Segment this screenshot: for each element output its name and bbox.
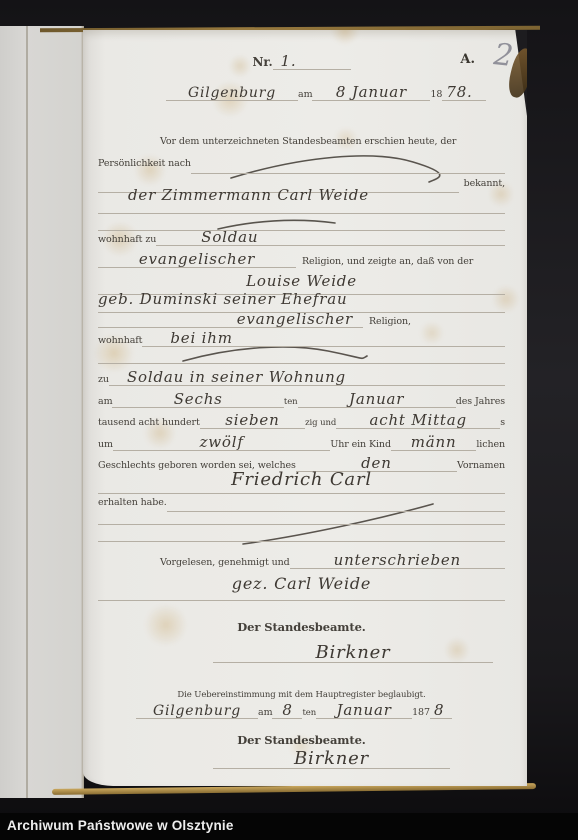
decade-cell: sieben <box>200 413 305 429</box>
registrar-signature2-cell: Birkner <box>213 750 450 769</box>
sex-value: männ <box>411 435 457 450</box>
birthyear-row: tausend acht hundert sieben zig und acht… <box>98 413 505 434</box>
archive-name: Archiwum Państwowe w Olsztynie <box>7 813 234 839</box>
des-jahres-label: des Jahres <box>456 396 505 407</box>
birth-day-cell: Sechs <box>112 392 283 408</box>
declarant-name: der Zimmermann Carl Weide <box>128 188 369 203</box>
registrar-signature2-row: Birkner <box>98 750 505 776</box>
uhr-label: Uhr ein Kind <box>330 439 391 450</box>
stain-spot <box>330 30 360 44</box>
religion2-label: Religion, <box>369 316 411 327</box>
residence-row: wohnhaft zu Soldau <box>98 230 505 249</box>
header-dateline: Gilgenburg am 8 Januar 18 78. <box>98 85 505 101</box>
religion1-label: Religion, und zeigte an, daß von der <box>302 256 473 267</box>
birth-month-cell: Januar <box>298 392 456 408</box>
zig-und-label: zig und <box>305 418 336 428</box>
certification-year-printed: 187 <box>412 707 430 718</box>
birthplace-value: Soldau in seiner Wohnung <box>127 370 346 385</box>
vorgelesen-row: Vorgelesen, genehmigt und unterschrieben <box>98 553 505 575</box>
archival-scan: A. 2 Nr. 1. Gilgenburg am 8 Januar 18 78… <box>0 0 578 840</box>
header-place: Gilgenburg <box>166 86 298 101</box>
am2-label: am <box>98 396 112 407</box>
registrar-signature-row: Birkner <box>98 644 505 674</box>
religion2-cell: evangelischer <box>98 312 363 328</box>
certification-year-written: 8 <box>430 703 452 719</box>
registrar-title2: Der Standesbeamte. <box>237 733 365 747</box>
register-page: A. 2 Nr. 1. Gilgenburg am 8 Januar 18 78… <box>83 30 527 786</box>
header-am: am <box>298 89 312 100</box>
declarant-signature: gez. Carl Weide <box>232 576 371 592</box>
residence2-value: bei ihm <box>170 331 232 346</box>
child-names: Friedrich Carl <box>231 471 372 489</box>
nr-value: 1. <box>273 54 351 70</box>
unterschrieben-cell: unterschrieben <box>290 553 505 569</box>
unterschrieben-value: unterschrieben <box>334 553 461 568</box>
hour-value: zwölf <box>200 435 244 450</box>
birth-month: Januar <box>349 392 404 407</box>
religion1-row: evangelischer Religion, und zeigte an, d… <box>98 252 505 271</box>
birth-day: Sechs <box>174 392 223 407</box>
header-year-printed: 18 <box>430 89 442 100</box>
residence2-cell: bei ihm <box>142 331 505 347</box>
wohnhaft-zu-label: wohnhaft zu <box>98 234 156 245</box>
certification-day: 8 <box>272 703 302 719</box>
child-names-row: Friedrich Carl <box>98 471 505 494</box>
erhalten-row: erhalten habe. <box>98 497 505 512</box>
persoenlichkeit-label: Persönlichkeit nach <box>98 158 191 169</box>
wohnhaft-label: wohnhaft <box>98 335 142 346</box>
decade-value: sieben <box>225 413 279 428</box>
birthdate-row: am Sechs ten Januar des Jahres <box>98 392 505 413</box>
record-number-row: Nr. 1. <box>98 54 505 70</box>
lichen-label: lichen <box>476 439 505 450</box>
certification-am: am <box>258 707 272 718</box>
registrar-signature: Birkner <box>316 644 391 662</box>
certification-statement: Die Uebereinstimmung mit dem Hauptregist… <box>177 690 425 700</box>
certification-row: Die Uebereinstimmung mit dem Hauptregist… <box>98 690 505 700</box>
birthtime-row: um zwölf Uhr ein Kind männ lichen <box>98 435 505 456</box>
zu-label: zu <box>98 374 109 385</box>
religion1-value: evangelischer <box>139 252 255 267</box>
residence-value: Soldau <box>201 230 258 245</box>
header-year-written: 78. <box>442 85 486 101</box>
birthplace-cell: Soldau in seiner Wohnung <box>109 370 505 386</box>
nr-label: Nr. <box>252 55 272 69</box>
mother-birthname: geb. Duminski seiner Ehefrau <box>98 292 347 307</box>
blank-ruled-row <box>98 530 505 542</box>
unit-year-cell: acht Mittag <box>336 413 500 429</box>
certification-month: Januar <box>316 703 412 719</box>
declarant-signature-row: gez. Carl Weide <box>98 576 505 601</box>
mother-name: Louise Weide <box>246 274 357 289</box>
blank-ruled-row <box>98 513 505 525</box>
ten-label: ten <box>284 397 298 407</box>
registrar-title-row: Der Standesbeamte. <box>98 620 505 634</box>
certification-place: Gilgenburg <box>136 704 258 719</box>
s-label: s <box>500 417 505 428</box>
um-label: um <box>98 439 113 450</box>
archive-caption-bar: Archiwum Państwowe w Olsztynie <box>0 813 578 840</box>
persoenlichkeit-row: Persönlichkeit nach <box>98 158 505 174</box>
religion2-row: evangelischer Religion, <box>98 312 505 332</box>
erhalten-label: erhalten habe. <box>98 497 167 508</box>
vorgelesen-label: Vorgelesen, genehmigt und <box>160 557 290 568</box>
residence-cell: Soldau <box>156 230 505 246</box>
intro-row: Vor dem unterzeichneten Standesbeamten e… <box>98 136 505 147</box>
declarant-row: der Zimmermann Carl Weide <box>98 188 505 214</box>
sex-cell: männ <box>391 435 476 451</box>
registrar-title2-row: Der Standesbeamte. <box>98 733 505 747</box>
intro-line: Vor dem unterzeichneten Standesbeamten e… <box>160 136 456 147</box>
page-stack-gutter <box>26 26 28 798</box>
ruled-line <box>191 172 505 174</box>
ruled-line <box>167 510 505 512</box>
birthplace-row: zu Soldau in seiner Wohnung <box>98 370 505 391</box>
hour-cell: zwölf <box>113 435 330 451</box>
unit-year-value: acht Mittag <box>370 413 467 428</box>
registrar-signature2: Birkner <box>294 750 369 768</box>
vornamen-label: Vornamen <box>457 460 505 471</box>
blank-ruled-row <box>98 352 505 364</box>
tausend-label: tausend acht hundert <box>98 417 200 428</box>
registrar-title: Der Standesbeamte. <box>237 620 365 634</box>
registrar-signature-cell: Birkner <box>213 644 493 663</box>
religion2-value: evangelischer <box>237 312 353 327</box>
book-page-stack <box>0 26 84 798</box>
header-day-month: 8 Januar <box>312 85 430 101</box>
certification-ten: ten <box>302 708 316 718</box>
religion1-cell: evangelischer <box>98 252 296 268</box>
residence2-row: wohnhaft bei ihm <box>98 331 505 350</box>
certification-dateline: Gilgenburg am 8 ten Januar 187 8 <box>98 703 505 725</box>
